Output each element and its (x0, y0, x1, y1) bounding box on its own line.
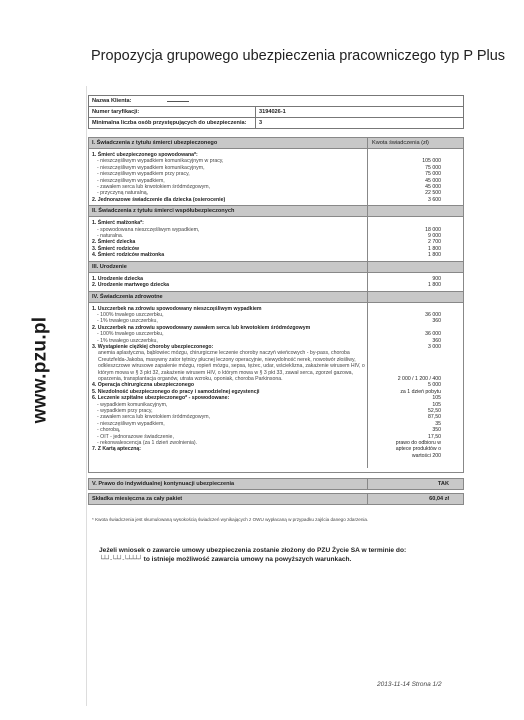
critical-illness-list: anemia aplastyczna, bąblowiec mózgu, chi… (92, 350, 367, 382)
page-title: Propozycja grupowego ubezpieczenia praco… (91, 48, 505, 64)
section-4-title: IV. Świadczenia zdrowotne (89, 294, 367, 300)
client-info-table: Nazwa Klienta: Numer taryfikacji: 319402… (88, 95, 464, 129)
info-row-tariff-number: Numer taryfikacji: 3194026-1 (89, 107, 464, 118)
client-name-blank (167, 101, 189, 102)
footnote: * Kwota świadczenia jest skumulowaną wys… (92, 517, 368, 522)
tariff-number-value: 3194026-1 (256, 107, 464, 118)
section-4-body: 1. Uszczerbek na zdrowiu spowodowany nie… (88, 303, 464, 468)
premium-row: Składka miesięczna za cały pakiet 60,04 … (88, 493, 464, 505)
s2-value: 1 800 (368, 252, 441, 258)
tariff-number-label: Numer taryfikacji: (89, 107, 256, 118)
section-2-title: II. Świadczenia z tytułu śmierci współub… (89, 208, 367, 214)
premium-label: Składka miesięczna za cały pakiet (89, 496, 367, 502)
deadline-notice: Jeżeli wniosek o zawarcie umowy ubezpiec… (99, 546, 406, 564)
section-3-body: 1. Urodzenie dziecka 2. Urodzenie martwe… (88, 273, 464, 291)
notice-line-1: Jeżeli wniosek o zawarcie umowy ubezpiec… (99, 546, 406, 555)
min-persons-value: 3 (256, 118, 464, 129)
s2-line: 4. Śmierć rodziców małżonka (92, 252, 367, 258)
s1-line: 2. Jednorazowe świadczenie dla dziecka (… (92, 197, 367, 203)
section-3-header: III. Urodzenie (88, 261, 464, 273)
section-2-header: II. Świadczenia z tytułu śmierci współub… (88, 205, 464, 217)
section-5-row: V. Prawo do indywidualnej kontynuacji ub… (88, 478, 464, 490)
section-1-title: I. Świadczenia z tytułu śmierci ubezpiec… (89, 140, 367, 146)
side-url: www.pzu.pl (30, 305, 50, 435)
section-5-value: TAK (367, 479, 463, 489)
client-name-label: Nazwa Klienta: (89, 96, 464, 107)
s1-value: 3 600 (368, 197, 441, 203)
info-row-min-persons: Minimalna liczba osób przystępujących do… (89, 118, 464, 129)
min-persons-label: Minimalna liczba osób przystępujących do… (89, 118, 256, 129)
s3-line: 2. Urodzenie martwego dziecka (92, 282, 367, 288)
section-1-body: 1. Śmierć ubezpieczonego spowodowana*: -… (88, 149, 464, 205)
info-row-client-name: Nazwa Klienta: (89, 96, 464, 107)
s3-value: 1 800 (368, 282, 441, 288)
section-3-title: III. Urodzenie (89, 264, 367, 270)
amount-column-header: Kwota świadczenia (zł) (367, 138, 463, 148)
section-2-body: 1. Śmierć małżonka*: - spowodowana niesz… (88, 217, 464, 260)
side-url-text: www.pzu.pl (29, 317, 51, 424)
section-5-title: V. Prawo do indywidualnej kontynuacji ub… (89, 481, 367, 487)
s4-value: wartości 200 (368, 453, 441, 459)
notice-line-2: to istnieje możliwość zawarcia umowy na … (144, 556, 352, 563)
page-footer: 2013-11-14 Strona 1/2 (377, 681, 442, 688)
section-1-header: I. Świadczenia z tytułu śmierci ubezpiec… (88, 137, 464, 149)
section-4-header: IV. Świadczenia zdrowotne (88, 291, 464, 303)
premium-value: 60,04 zł (367, 494, 463, 504)
date-field: └┴┘-└┴┘-└┴┴┴┘ (99, 555, 142, 564)
benefits-table: I. Świadczenia z tytułu śmierci ubezpiec… (88, 137, 464, 505)
